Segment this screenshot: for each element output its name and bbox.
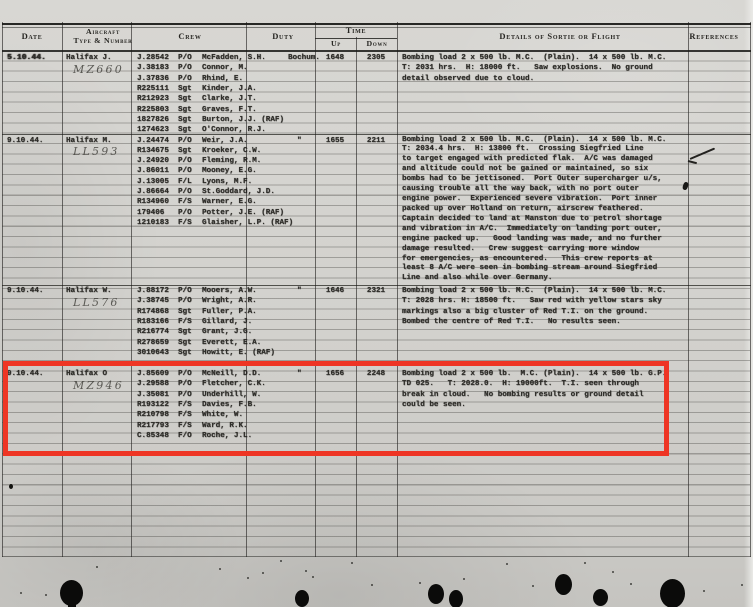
crew-service-number: R174868 [137, 307, 178, 317]
crew-service-number: J.24920 [137, 156, 178, 166]
crew-service-number: 1210183 [137, 218, 178, 228]
details-line: causing trouble all the way back, with n… [402, 185, 666, 195]
aircraft-serial-handwritten: LL593 [73, 145, 120, 158]
crew-name: Burton, J.J. (RAF) [202, 115, 284, 125]
time-up: 1655 [326, 136, 344, 146]
column-line [315, 22, 316, 557]
crew-name: Everett, E.A. [202, 338, 261, 348]
details-line: Bombing load 2 x 500 lb. M.C. (Plain). 1… [402, 53, 666, 63]
details-line: T: 2028 hrs. H: 18500 ft. Saw red with y… [402, 296, 666, 306]
table-border-line [2, 285, 751, 286]
column-line [750, 22, 751, 557]
details-line: for emergencies, as encountered. This cr… [402, 255, 666, 265]
ink-blob [593, 589, 608, 606]
column-header-details: Details of Sortie or Flight [499, 31, 620, 41]
ink-speck [419, 582, 421, 584]
handwritten-tick-mark-stub [688, 160, 697, 164]
crew-service-number: J.28542 [137, 53, 178, 63]
crew-name: Kroeker, C.W. [202, 146, 261, 156]
crew-service-number: J.38745 [137, 296, 178, 306]
crew-member-row: J.37836P/ORhind, E. [137, 74, 284, 84]
crew-name: Weir, J.A. [202, 136, 248, 146]
table-border-line [2, 556, 751, 557]
crew-service-number: J.24474 [137, 136, 178, 146]
column-line [2, 22, 3, 557]
crew-service-number: J.38183 [137, 63, 178, 73]
details-line: damage resulted. Crew suggest carrying m… [402, 245, 666, 255]
ink-dot [9, 484, 13, 489]
crew-rank: Sgt [178, 307, 202, 317]
crew-member-row: R216774SgtGrant, J.G. [137, 327, 275, 337]
crew-member-row: R225803SgtGraves, F.T. [137, 105, 284, 115]
crew-service-number: J.86011 [137, 166, 178, 176]
crew-member-row: R225111SgtKinder, J.A. [137, 84, 284, 94]
details-line: engine packed up. Good landing was made,… [402, 235, 666, 245]
crew-rank: Sgt [178, 146, 202, 156]
crew-member-row: J.24474P/OWeir, J.A. [137, 136, 293, 146]
crew-member-row: 1210183F/SGlaisher, L.P. (RAF) [137, 218, 293, 228]
crew-member-row: J.86011P/OMooney, E.G. [137, 166, 293, 176]
crew-service-number: J.37836 [137, 74, 178, 84]
crew-member-row: R278659SgtEverett, E.A. [137, 338, 275, 348]
ink-blob [428, 584, 444, 604]
crew-name: Howitt, E. (RAF) [202, 348, 275, 358]
duty-ditto-mark: " [297, 286, 302, 296]
ink-blob [449, 590, 463, 607]
column-line [131, 22, 132, 557]
details-line: and vibration in A/C. Immediately on lan… [402, 225, 666, 235]
crew-name: Warner, E.G. [202, 197, 257, 207]
crew-service-number: J.86664 [137, 187, 178, 197]
crew-member-row: 3010643SgtHowitt, E. (RAF) [137, 348, 275, 358]
details-line: Line and also while over Germany. [402, 274, 666, 284]
table-border-line [2, 23, 751, 25]
crew-name: Mooers, A.W. [202, 286, 257, 296]
date-cell: 9.10.44. [7, 286, 43, 296]
sortie-details: Bombing load 2 x 500 lb. M.C. (Plain). 1… [402, 286, 666, 327]
details-line: detail observed due to cloud. [402, 74, 666, 84]
column-header-aircraft-line1: Aircraft [86, 27, 120, 36]
page-edge-shading [744, 0, 753, 607]
column-line [356, 37, 357, 557]
crew-name: Rhind, E. [202, 74, 243, 84]
details-line: to target engaged with predicted flak. A… [402, 155, 666, 165]
ink-speck [612, 571, 614, 573]
time-down: 2211 [367, 136, 385, 146]
crew-member-row: 179406P/OPotter, J.E. (RAF) [137, 208, 293, 218]
time-up: 1648 [326, 53, 344, 63]
handwritten-tick-mark [690, 148, 716, 161]
details-line: Bombing load 2 x 500 lb. M.C. (Plain). 1… [402, 286, 666, 296]
crew-rank: Sgt [178, 348, 202, 358]
crew-service-number: R278659 [137, 338, 178, 348]
table-border-line [2, 50, 751, 51]
column-header-references: References [689, 31, 738, 41]
ink-speck [506, 563, 508, 565]
crew-rank: P/O [178, 136, 202, 146]
crew-name: Clarke, J.T. [202, 94, 257, 104]
crew-name: Grant, J.G. [202, 327, 252, 337]
ink-speck [584, 562, 586, 564]
crew-member-row: R134960F/SWarner, E.G. [137, 197, 293, 207]
crew-service-number: R183166 [137, 317, 178, 327]
column-header-time-down: Down [367, 39, 388, 48]
crew-service-number: R134675 [137, 146, 178, 156]
column-line [62, 22, 63, 557]
table-border-line [2, 27, 751, 28]
details-line: and altitude could not be gained or main… [402, 165, 666, 175]
ink-speck [219, 568, 221, 570]
crew-rank: F/L [178, 177, 202, 187]
crew-name: St.Goddard, J.D. [202, 187, 275, 197]
crew-name: Kinder, J.A. [202, 84, 257, 94]
time-up: 1646 [326, 286, 344, 296]
crew-service-number: 179406 [137, 208, 178, 218]
crew-name: Graves, F.T. [202, 105, 257, 115]
crew-rank: P/O [178, 53, 202, 63]
crew-rank: Sgt [178, 84, 202, 94]
crew-name: Gillard, J. [202, 317, 252, 327]
ink-speck [96, 566, 98, 568]
scanned-logbook-page: Date Aircraft Type & Number Crew Duty Ti… [0, 0, 753, 607]
table-border-line [315, 38, 397, 39]
ink-speck [262, 572, 264, 574]
sortie-details: Bombing load 2 x 500 lb. M.C. (Plain). 1… [402, 136, 666, 285]
crew-member-row: J.24920P/OFleming, R.M. [137, 156, 293, 166]
crew-rank: F/S [178, 218, 202, 228]
aircraft-serial-handwritten: MZ660 [73, 63, 124, 76]
ink-speck [20, 592, 22, 594]
crew-rank: P/O [178, 187, 202, 197]
crew-member-row: R212923SgtClarke, J.T. [137, 94, 284, 104]
details-line: Captain decided to land at Manston due t… [402, 215, 666, 225]
crew-name: Fleming, R.M. [202, 156, 261, 166]
crew-list: J.88172P/OMooers, A.W.J.38745P/OWright, … [137, 286, 275, 358]
crew-member-row: J.38183P/OConnor, M. [137, 63, 284, 73]
column-header-date: Date [22, 31, 43, 41]
crew-list: J.24474P/OWeir, J.A.R134675SgtKroeker, C… [137, 136, 293, 229]
crew-name: Potter, J.E. (RAF) [202, 208, 284, 218]
crew-service-number: R134960 [137, 197, 178, 207]
crew-name: Connor, M. [202, 63, 248, 73]
time-down: 2321 [367, 286, 385, 296]
details-line: T: 2031 hrs. H: 18000 ft. Saw explosions… [402, 63, 666, 73]
time-down: 2305 [367, 53, 385, 63]
crew-rank: Sgt [178, 105, 202, 115]
column-line [246, 22, 247, 557]
details-line: T: 2034.4 hrs. H: 13800 ft. Crossing Sie… [402, 145, 666, 155]
crew-rank: Sgt [178, 115, 202, 125]
crew-name: Fuller, P.A. [202, 307, 257, 317]
crew-member-row: R183166F/SGillard, J. [137, 317, 275, 327]
details-line: Bombed the centre of Red T.I. No results… [402, 317, 666, 327]
date-cell: 9.10.44. [7, 136, 43, 146]
sortie-details: Bombing load 2 x 500 lb. M.C. (Plain). 1… [402, 53, 666, 84]
date-cell: 5.10.44. [7, 53, 46, 63]
details-line: packed up over Holland on return, airscr… [402, 205, 666, 215]
column-line [688, 22, 689, 557]
crew-service-number: R225803 [137, 105, 178, 115]
crew-member-row: R174868SgtFuller, P.A. [137, 307, 275, 317]
details-line: engine power. Experienced severe vibrati… [402, 195, 666, 205]
crew-rank: Sgt [178, 327, 202, 337]
ink-blob-tail [68, 600, 76, 607]
details-line: Bombing load 2 x 500 lb. M.C. (Plain). 1… [402, 136, 666, 146]
ink-speck [630, 583, 632, 585]
crew-rank: Sgt [178, 338, 202, 348]
crew-member-row: J.28542P/OMcFadden, S.H. [137, 53, 284, 63]
crew-member-row: 1827826SgtBurton, J.J. (RAF) [137, 115, 284, 125]
ink-speck [371, 584, 373, 586]
crew-service-number: 1827826 [137, 115, 178, 125]
crew-rank: Sgt [178, 94, 202, 104]
details-line: least 8 A/C were seen in bombing stream … [402, 264, 666, 274]
crew-service-number: J.13005 [137, 177, 178, 187]
crew-service-number: R225111 [137, 84, 178, 94]
crew-rank: F/S [178, 197, 202, 207]
crew-member-row: J.88172P/OMooers, A.W. [137, 286, 275, 296]
crew-rank: P/O [178, 156, 202, 166]
column-header-crew: Crew [178, 31, 201, 41]
details-line: markings also a big cluster of Red T.I. … [402, 307, 666, 317]
crew-member-row: J.13005F/LLyons, M.F. [137, 177, 293, 187]
ink-speck [45, 594, 47, 596]
duty-ditto-mark: " [297, 136, 302, 146]
ink-blob [295, 590, 309, 607]
column-header-time-up: Up [331, 39, 341, 48]
crew-rank: P/O [178, 74, 202, 84]
aircraft-serial-handwritten: LL576 [73, 296, 120, 309]
crew-rank: P/O [178, 286, 202, 296]
highlight-box [3, 361, 669, 456]
crew-service-number: R212923 [137, 94, 178, 104]
column-header-duty: Duty [272, 31, 294, 41]
crew-service-number: 3010643 [137, 348, 178, 358]
crew-name: McFadden, S.H. [202, 53, 266, 63]
crew-member-row: J.38745P/OWright, A.R. [137, 296, 275, 306]
crew-name: Mooney, E.G. [202, 166, 257, 176]
crew-member-row: J.86664P/OSt.Goddard, J.D. [137, 187, 293, 197]
ink-speck [247, 577, 249, 579]
ink-blob-tail [669, 602, 677, 607]
crew-member-row: R134675SgtKroeker, C.W. [137, 146, 293, 156]
crew-service-number: R216774 [137, 327, 178, 337]
column-line [397, 22, 398, 557]
ink-speck [703, 590, 705, 592]
ink-speck [741, 584, 743, 586]
ink-speck [312, 576, 314, 578]
crew-rank: P/O [178, 208, 202, 218]
crew-service-number: J.88172 [137, 286, 178, 296]
crew-name: Glaisher, L.P. (RAF) [202, 218, 293, 228]
crew-name: Wright, A.R. [202, 296, 257, 306]
ink-speck [305, 570, 307, 572]
ink-speck [463, 578, 465, 580]
ink-speck [280, 560, 282, 562]
crew-list: J.28542P/OMcFadden, S.H.J.38183P/OConnor… [137, 53, 284, 136]
table-border-line [2, 134, 751, 135]
ink-speck [351, 562, 353, 564]
ink-blob [555, 574, 572, 595]
ink-speck [532, 585, 534, 587]
crew-rank: P/O [178, 296, 202, 306]
column-header-aircraft-line2: Type & Number [74, 36, 133, 45]
details-line: bombs had to be jettisoned. Port Outer s… [402, 175, 666, 185]
crew-name: Lyons, M.F. [202, 177, 252, 187]
crew-rank: P/O [178, 166, 202, 176]
crew-rank: F/S [178, 317, 202, 327]
crew-rank: P/O [178, 63, 202, 73]
